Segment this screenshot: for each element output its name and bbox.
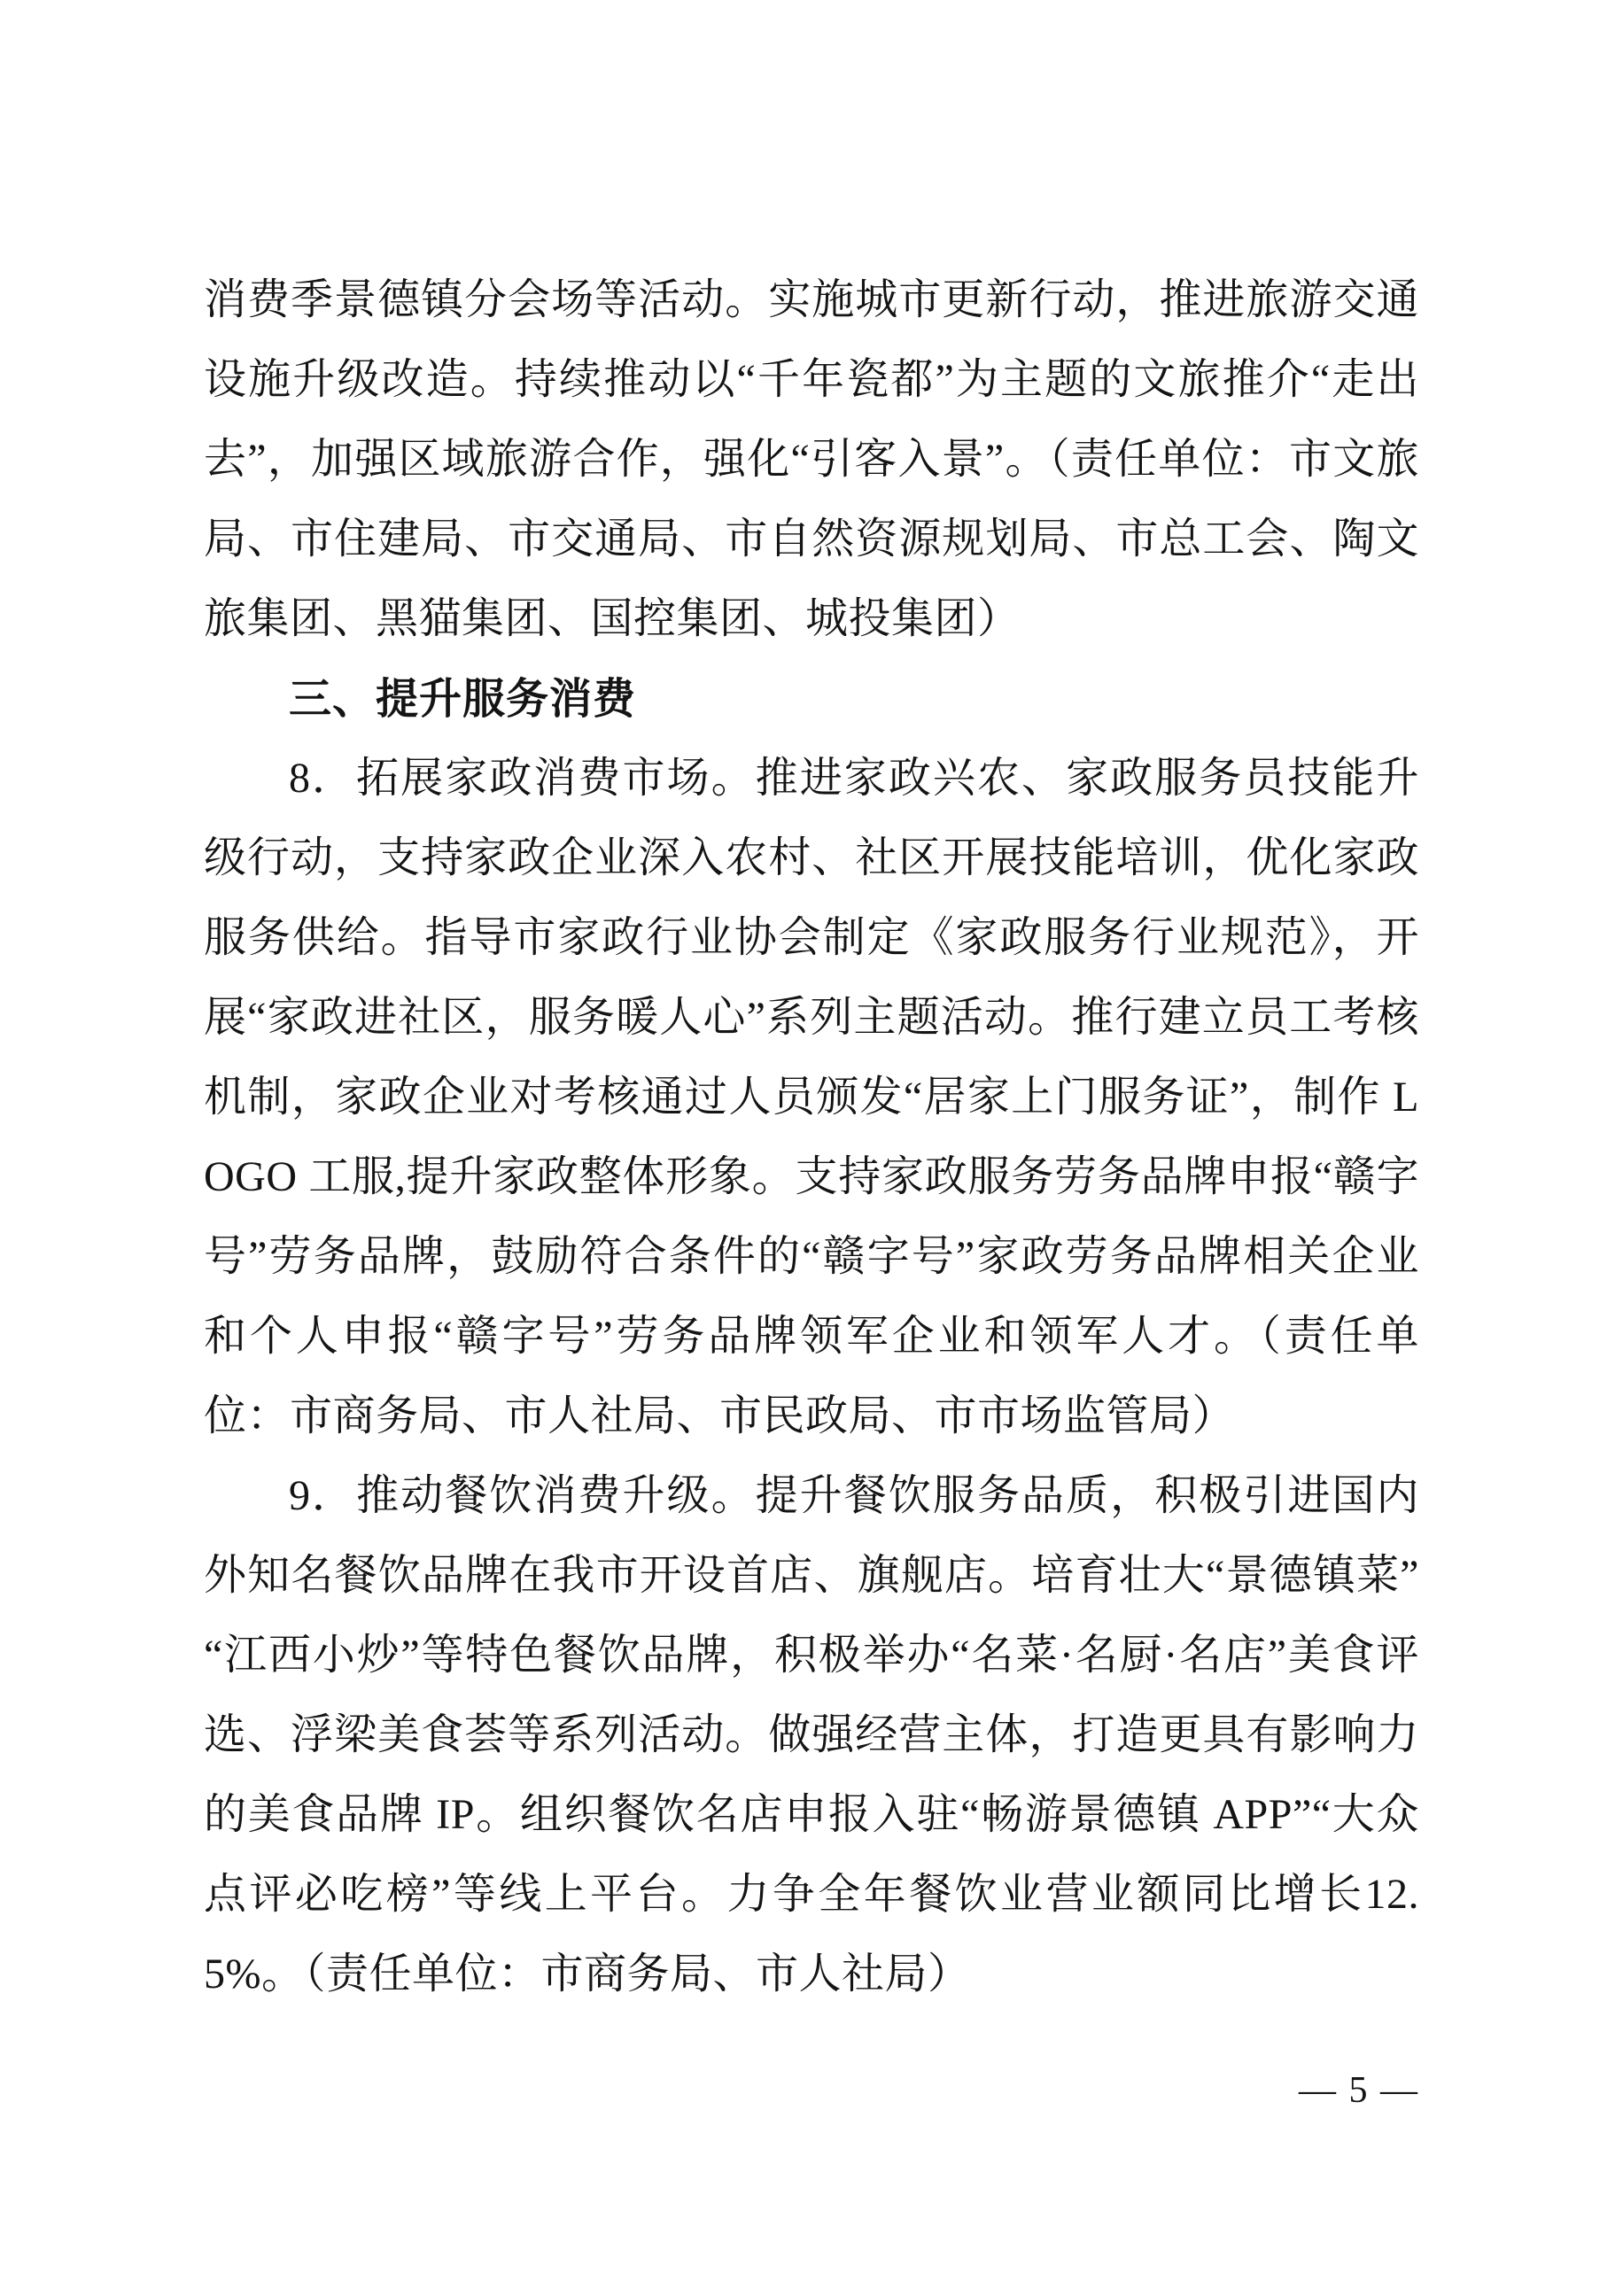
paragraph-item-9: 9．推动餐饮消费升级。提升餐饮服务品质，积极引进国内外知名餐饮品牌在我市开设首店…	[204, 1456, 1419, 2014]
document-body: 消费季景德镇分会场等活动。实施城市更新行动，推进旅游交通设施升级改造。持续推动以…	[204, 260, 1419, 2014]
paragraph-item-8: 8．拓展家政消费市场。推进家政兴农、家政服务员技能升级行动，支持家政企业深入农村…	[204, 739, 1419, 1456]
continuation-paragraph: 消费季景德镇分会场等活动。实施城市更新行动，推进旅游交通设施升级改造。持续推动以…	[204, 260, 1419, 659]
page-number: — 5 —	[1272, 2069, 1419, 2112]
document-page: 消费季景德镇分会场等活动。实施城市更新行动，推进旅游交通设施升级改造。持续推动以…	[0, 0, 1623, 2296]
section-heading: 三、提升服务消费	[204, 659, 1419, 739]
